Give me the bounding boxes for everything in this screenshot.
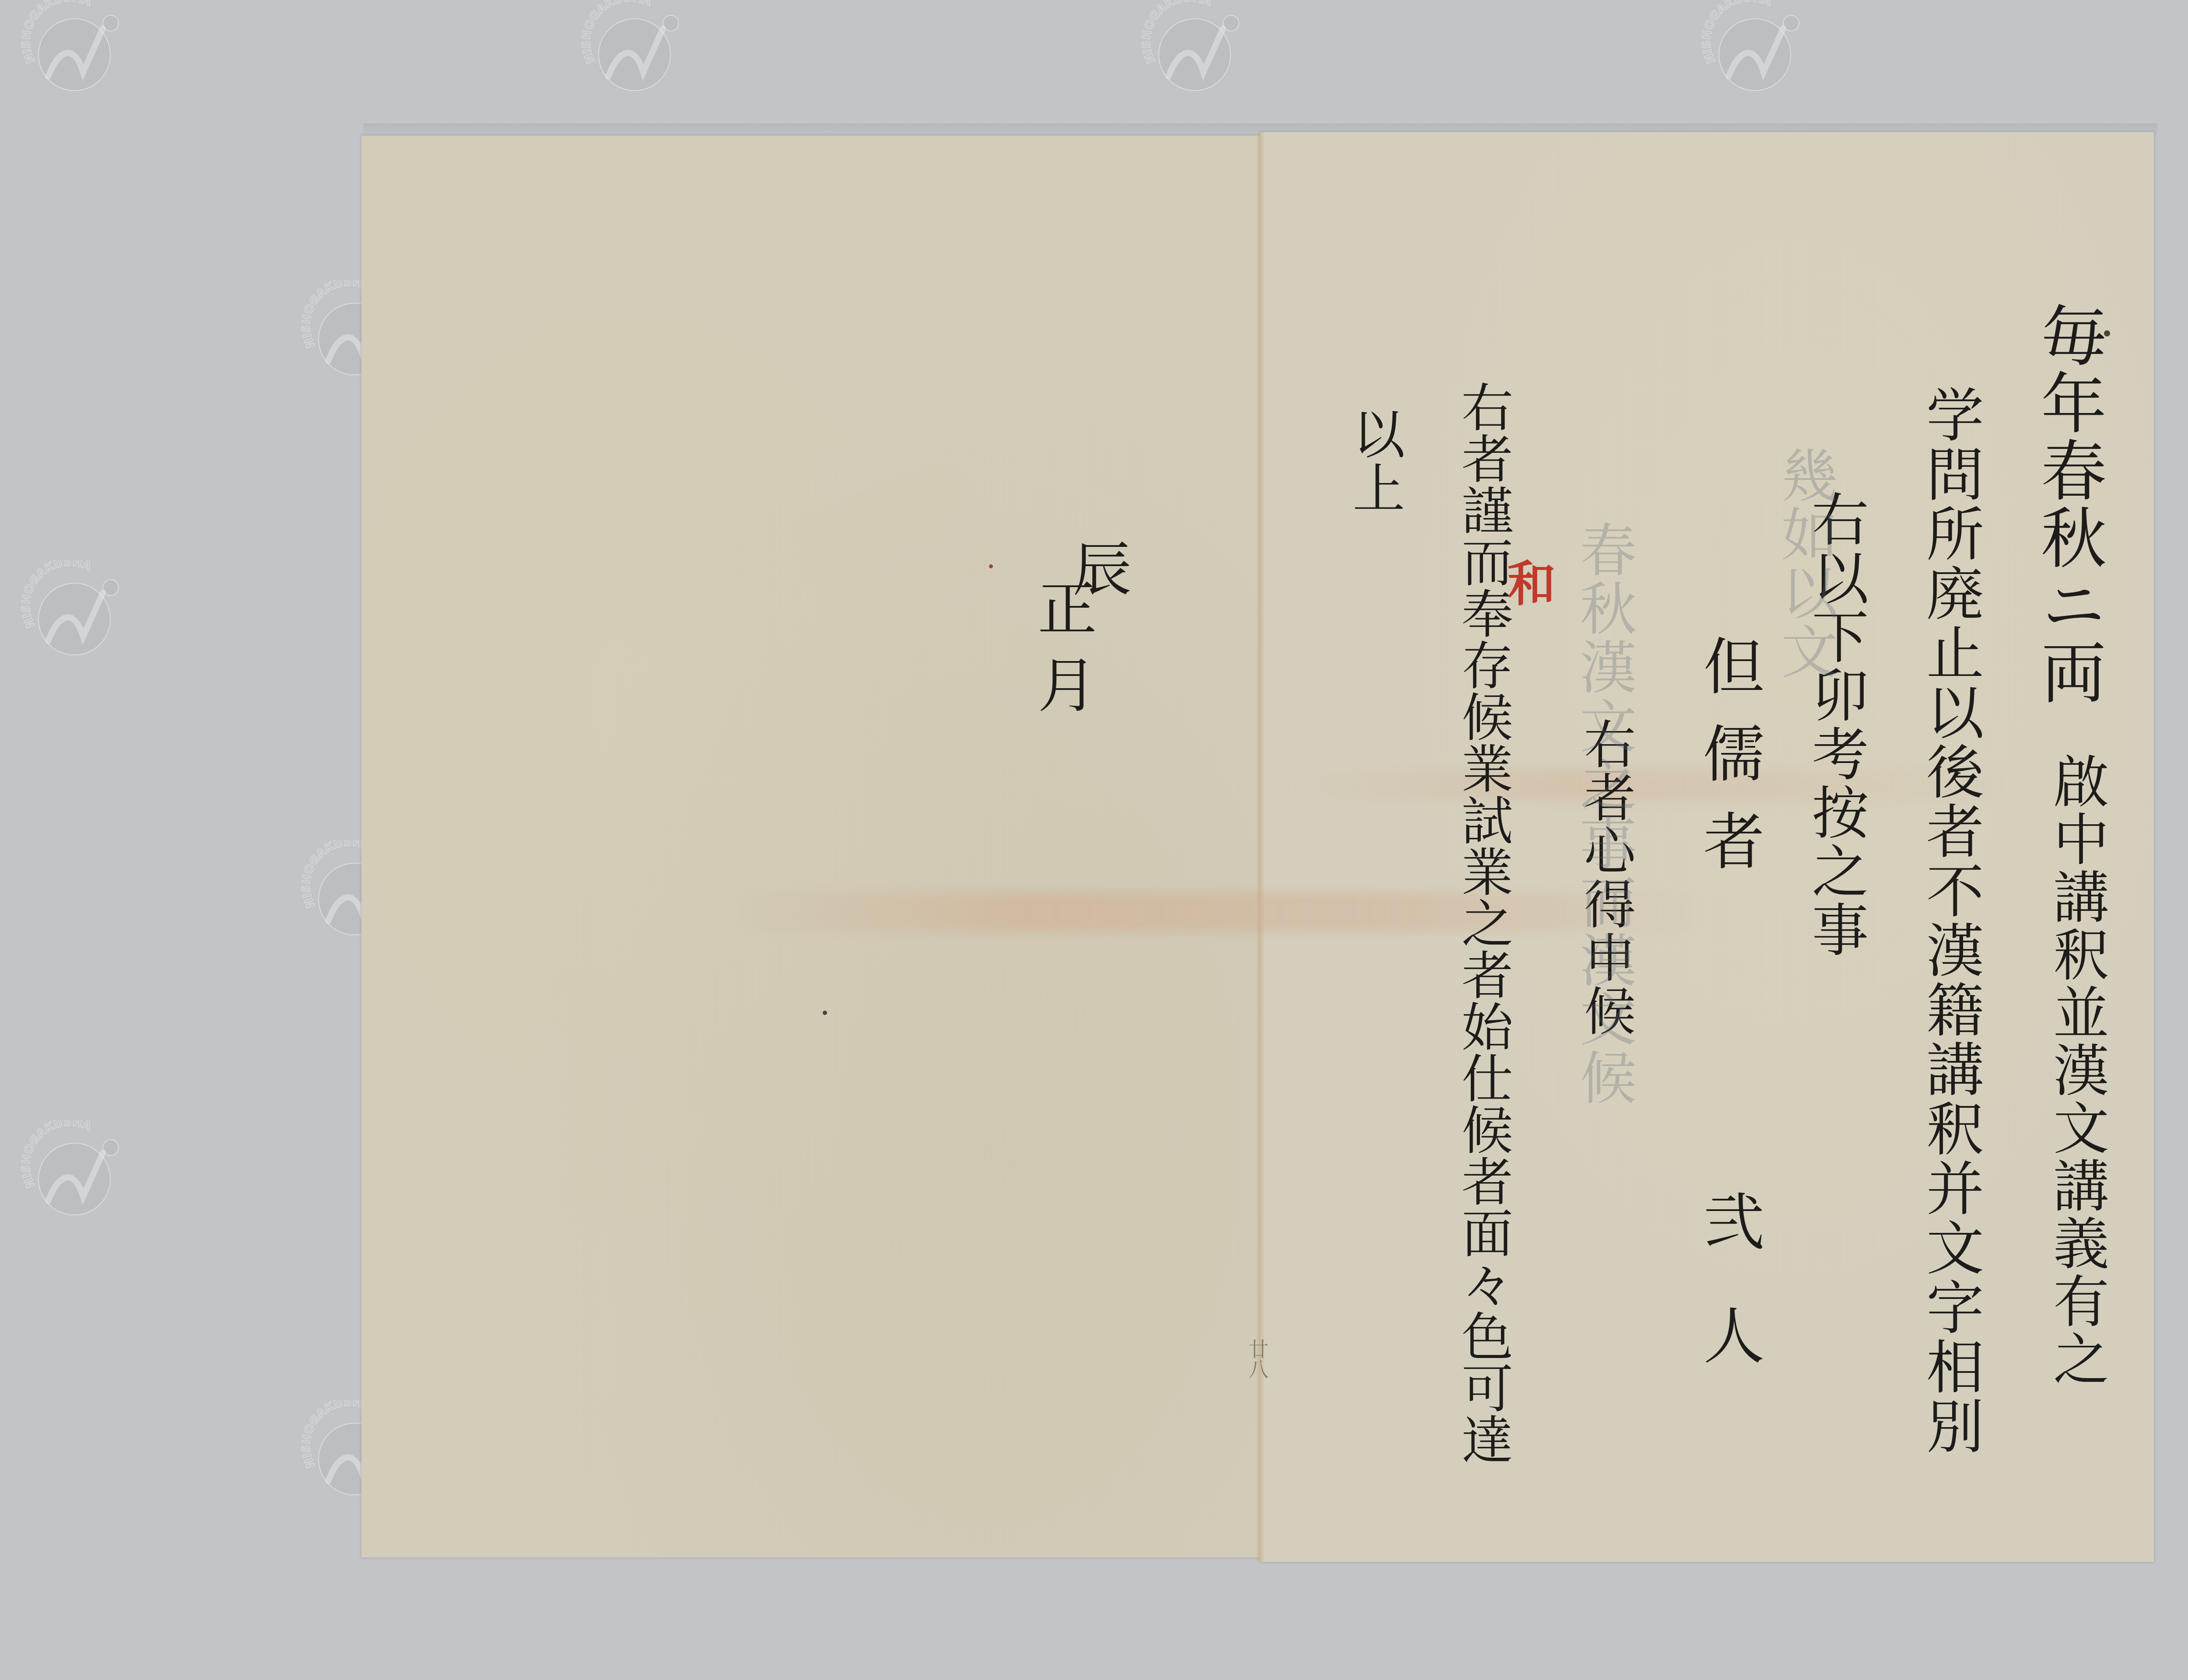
bleed-through-text: 春秋漢文之事而漢文候 xyxy=(1575,521,1632,1107)
svg-text:NISHOGAKUSHA: NISHOGAKUSHA xyxy=(20,0,93,65)
nishogakusha-logo-icon: NISHOGAKUSHA xyxy=(1698,0,1803,101)
left-page xyxy=(361,136,1260,1557)
svg-text:NISHOGAKUSHA: NISHOGAKUSHA xyxy=(20,560,93,630)
svg-text:NISHOGAKUSHA: NISHOGAKUSHA xyxy=(1700,0,1774,65)
svg-text:NISHOGAKUSHA: NISHOGAKUSHA xyxy=(20,1120,93,1190)
water-stain xyxy=(735,892,1698,932)
folio-mark: 廿八 xyxy=(1247,1339,1267,1379)
text-column-8: 右者謹而奉存候業試業之者始仕候者面々色可達 xyxy=(1457,381,1509,1465)
paper-speck xyxy=(2104,330,2110,336)
text-column-5: 但儒者 xyxy=(1698,634,1759,897)
text-column-9: 以上 xyxy=(1348,407,1400,515)
red-seal-mark: 和 xyxy=(1508,560,1556,608)
nishogakusha-logo-icon: NISHOGAKUSHA xyxy=(18,560,123,665)
paper-speck xyxy=(823,1011,827,1015)
svg-text:NISHOGAKUSHA: NISHOGAKUSHA xyxy=(580,0,653,65)
bleed-through-text: 幾如以文 xyxy=(1777,446,1834,681)
nishogakusha-logo-icon: NISHOGAKUSHA xyxy=(18,0,123,101)
nishogakusha-logo-icon: NISHOGAKUSHA xyxy=(18,1120,123,1225)
nishogakusha-logo-icon: NISHOGAKUSHA xyxy=(1138,0,1243,101)
text-column-1: 毎年春秋ニ両 xyxy=(2035,302,2100,706)
text-column-6: 弐人 xyxy=(1698,1190,1759,1417)
text-column-2: 啟中講釈並漢文講義有之 xyxy=(2048,752,2104,1388)
water-stain-secondary xyxy=(1269,770,2013,801)
svg-text:NISHOGAKUSHA: NISHOGAKUSHA xyxy=(1140,0,1213,65)
date-month: 正月 xyxy=(1033,577,1092,731)
text-column-3: 学問所廃止以後者不漢籍講釈并文字相別 xyxy=(1921,385,1979,1456)
nishogakusha-logo-icon: NISHOGAKUSHA xyxy=(578,0,683,101)
paper-speck xyxy=(989,564,993,568)
